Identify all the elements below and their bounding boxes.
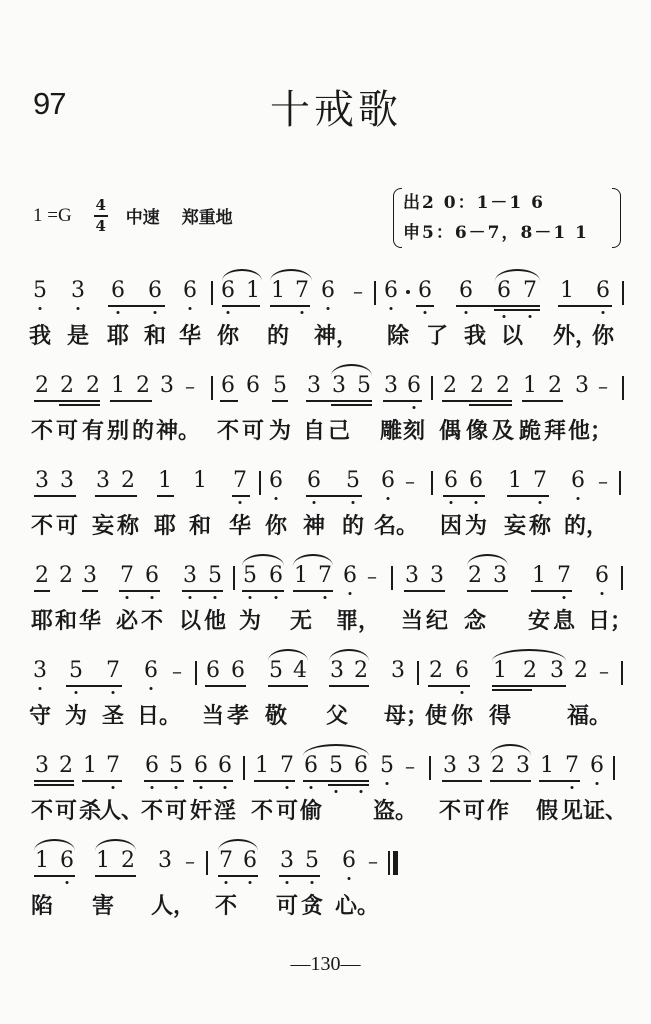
note: 2 xyxy=(523,658,537,684)
duration-underline xyxy=(34,784,74,786)
bar-line xyxy=(613,756,615,780)
note: 6 xyxy=(595,563,609,589)
low-octave-dot xyxy=(249,596,252,599)
lyric-syllable: 当 xyxy=(401,604,423,635)
note: 3 xyxy=(35,468,49,494)
duration-underline xyxy=(404,590,445,592)
duration-underline xyxy=(34,495,76,497)
duration-underline xyxy=(270,305,310,307)
note: 7 xyxy=(219,848,233,874)
duration-underline xyxy=(108,305,165,307)
low-octave-dot xyxy=(224,786,227,789)
note: 3 xyxy=(430,563,444,589)
sustain-dash: – xyxy=(352,278,364,304)
lyric-syllable: 因 xyxy=(440,509,462,540)
lyric-syllable: 和 xyxy=(144,319,166,350)
lyric-syllable: 名。 xyxy=(374,509,418,540)
note: 2 xyxy=(136,373,150,399)
low-octave-dot xyxy=(275,596,278,599)
lyric-syllable: 假 xyxy=(536,794,558,825)
lyric-syllable: 己 xyxy=(328,414,350,445)
lyric-syllable: 证、 xyxy=(583,794,627,825)
low-octave-dot xyxy=(461,691,464,694)
note: 2 xyxy=(121,848,135,874)
low-octave-dot xyxy=(450,501,453,504)
lyric-syllable: 为 xyxy=(269,414,291,445)
note: 6 xyxy=(218,753,232,779)
lyric-syllable: 的 xyxy=(342,509,364,540)
note: 3 xyxy=(35,753,49,779)
lyric-syllable: 息 xyxy=(553,604,575,635)
duration-underline xyxy=(428,685,470,687)
note: 5 xyxy=(269,658,283,684)
lyric-syllable: 见 xyxy=(561,794,583,825)
lyric-syllable: 别 xyxy=(107,414,129,445)
final-barline xyxy=(388,851,398,875)
lyric-syllable: 无 xyxy=(290,604,312,635)
note: 1 xyxy=(532,563,546,589)
lyric-syllable: 雕 xyxy=(380,414,402,445)
note: 6 xyxy=(145,753,159,779)
note: 6 xyxy=(469,468,483,494)
note: 6 xyxy=(497,278,511,304)
note: 6 xyxy=(307,468,321,494)
duration-underline xyxy=(442,780,482,782)
lyric-syllable: 敬 xyxy=(265,699,287,730)
lyric-syllable: 是 xyxy=(67,319,89,350)
note: 2 xyxy=(443,373,457,399)
lyric-syllable: 孝 xyxy=(227,699,249,730)
low-octave-dot xyxy=(335,790,338,793)
low-octave-dot xyxy=(310,786,313,789)
note: 2 xyxy=(59,563,73,589)
lyric-syllable: 华 xyxy=(79,604,101,635)
note: 1 xyxy=(111,373,125,399)
duration-underline xyxy=(95,495,137,497)
note: 6 xyxy=(444,468,458,494)
low-octave-dot xyxy=(327,307,330,310)
lyric-syllable: 有 xyxy=(82,414,104,445)
duration-underline xyxy=(507,495,549,497)
low-octave-dot xyxy=(286,881,289,884)
low-octave-dot xyxy=(386,782,389,785)
reference-deuteronomy: 申5：6－7，8－1 1 xyxy=(403,218,589,243)
bar-line xyxy=(619,471,621,495)
staff-line-5: 3576–6654323261232–守为圣日。当孝敬父母；使你得福。 xyxy=(0,658,651,748)
duration-underline xyxy=(34,400,100,402)
bar-line xyxy=(622,281,624,305)
duration-underline xyxy=(306,495,362,497)
duration-underline xyxy=(383,400,422,402)
lyric-syllable: 自 xyxy=(303,414,325,445)
bar-line xyxy=(374,281,376,305)
note: 2 xyxy=(354,658,368,684)
slur-tie xyxy=(222,269,262,281)
duration-underline xyxy=(293,590,333,592)
note: 5 xyxy=(33,278,47,304)
low-octave-dot xyxy=(475,501,478,504)
duration-underline xyxy=(492,685,566,687)
lyric-syllable: 奸 xyxy=(190,794,212,825)
lyric-syllable: 你 xyxy=(592,319,614,350)
note: 1 xyxy=(255,753,269,779)
bar-line xyxy=(259,471,261,495)
note: 5 xyxy=(380,753,394,779)
note: 1 xyxy=(96,848,110,874)
note: 7 xyxy=(557,563,571,589)
note: 7 xyxy=(295,278,309,304)
lyric-syllable: 华 xyxy=(229,509,251,540)
duration-underline xyxy=(303,780,369,782)
time-signature-top: 4 xyxy=(95,198,105,213)
staff-line-7: 16123–76356–陷害人，不可贪心。 xyxy=(0,848,651,938)
note: 2 xyxy=(35,563,49,589)
bar-line xyxy=(211,281,213,305)
lyric-syllable: 父 xyxy=(326,699,348,730)
note: 1 xyxy=(246,278,260,304)
lyric-syllable: 的， xyxy=(564,509,608,540)
sustain-dash: – xyxy=(367,848,379,874)
duration-underline xyxy=(539,780,580,782)
note: 6 xyxy=(269,563,283,589)
lyric-syllable: 守 xyxy=(29,699,51,730)
lyric-syllable: 及 xyxy=(492,414,514,445)
lyric-syllable: 刻 xyxy=(403,414,425,445)
low-octave-dot xyxy=(424,311,427,314)
note: 2 xyxy=(468,563,482,589)
note: 7 xyxy=(533,468,547,494)
note: 3 xyxy=(160,373,174,399)
low-octave-dot xyxy=(227,311,230,314)
staff-line-6: 32176566176565–3323176不可杀人、不可奸淫不可偷盗。不可作假… xyxy=(0,753,651,843)
duration-underline xyxy=(416,305,434,307)
duration-underline xyxy=(34,590,50,592)
duration-underline xyxy=(34,875,75,877)
slur-tie xyxy=(495,269,540,281)
low-octave-dot xyxy=(151,786,154,789)
note: 3 xyxy=(71,278,85,304)
note: 3 xyxy=(83,563,97,589)
lyric-syllable: 福。 xyxy=(567,699,611,730)
duration-underline xyxy=(490,780,531,782)
duration-underline xyxy=(220,400,238,402)
low-octave-dot xyxy=(77,307,80,310)
duration-underline xyxy=(279,875,320,877)
lyric-syllable: 耶 xyxy=(107,319,129,350)
low-octave-dot xyxy=(313,501,316,504)
note: 7 xyxy=(523,278,537,304)
duration-underline xyxy=(522,400,563,402)
note: 6 xyxy=(148,278,162,304)
duration-underline xyxy=(218,875,258,877)
lyric-syllable: 作 xyxy=(487,794,509,825)
low-octave-dot xyxy=(286,786,289,789)
duration-underline xyxy=(443,495,485,497)
note: 6 xyxy=(455,658,469,684)
note: 6 xyxy=(343,563,357,589)
lyric-syllable: 不 xyxy=(251,794,273,825)
bar-line xyxy=(211,376,213,400)
low-octave-dot xyxy=(324,596,327,599)
augmentation-dot xyxy=(406,290,410,294)
note: 7 xyxy=(120,563,134,589)
lyric-syllable: 不 xyxy=(31,509,53,540)
lyric-syllable: 不 xyxy=(439,794,461,825)
bar-line xyxy=(431,471,433,495)
low-octave-dot xyxy=(275,497,278,500)
staff-line-3: 33321176656–66176–不可妄称耶和华你神的名。因为妄称的， xyxy=(0,468,651,558)
duration-underline xyxy=(205,685,246,687)
lyric-syllable: 可 xyxy=(56,414,78,445)
sustain-dash: – xyxy=(597,468,609,494)
duration-underline xyxy=(66,685,122,687)
sustain-dash: – xyxy=(171,658,183,684)
note: 7 xyxy=(106,658,120,684)
note: 3 xyxy=(183,563,197,589)
low-octave-dot xyxy=(348,877,351,880)
note: 3 xyxy=(405,563,419,589)
low-octave-dot xyxy=(66,881,69,884)
lyric-syllable: 神 xyxy=(303,509,325,540)
lyric-syllable: 可 xyxy=(276,889,298,920)
note: 2 xyxy=(35,373,49,399)
note: 6 xyxy=(60,848,74,874)
note: 3 xyxy=(158,848,172,874)
duration-underline xyxy=(144,780,184,782)
duration-underline xyxy=(95,875,136,877)
note: 6 xyxy=(183,278,197,304)
low-octave-dot xyxy=(214,596,217,599)
thick-bar xyxy=(393,851,398,875)
low-octave-dot xyxy=(200,786,203,789)
duration-underline xyxy=(193,780,233,782)
lyric-syllable: 安 xyxy=(528,604,550,635)
note: 5 xyxy=(357,373,371,399)
note: 6 xyxy=(571,468,585,494)
low-octave-dot xyxy=(539,501,542,504)
note: 3 xyxy=(391,658,405,684)
note: 1 xyxy=(493,658,507,684)
lyric-syllable: 得 xyxy=(489,699,511,730)
note: 3 xyxy=(60,468,74,494)
duration-underline xyxy=(306,400,372,402)
duration-underline xyxy=(254,780,295,782)
duration-underline xyxy=(272,400,288,402)
lyric-syllable: 可 xyxy=(276,794,298,825)
bar-line xyxy=(417,661,419,685)
low-octave-dot xyxy=(126,596,129,599)
low-octave-dot xyxy=(465,311,468,314)
low-octave-dot xyxy=(602,311,605,314)
note: 2 xyxy=(491,753,505,779)
duration-underline xyxy=(328,784,369,786)
lyric-syllable: 除 xyxy=(387,319,409,350)
lyric-syllable: 念 xyxy=(464,604,486,635)
lyric-syllable: 圣 xyxy=(102,699,124,730)
lyric-syllable: 耶 xyxy=(154,509,176,540)
duration-underline xyxy=(34,780,74,782)
note: 1 xyxy=(294,563,308,589)
lyric-syllable: 人， xyxy=(151,889,195,920)
note: 5 xyxy=(69,658,83,684)
low-octave-dot xyxy=(239,501,242,504)
lyric-syllable: 神。 xyxy=(156,414,200,445)
bar-line xyxy=(622,376,624,400)
note: 5 xyxy=(346,468,360,494)
lyric-syllable: 妄 xyxy=(92,509,114,540)
note: 5 xyxy=(169,753,183,779)
bar-line xyxy=(391,566,393,590)
tempo-marking: 中速 xyxy=(126,203,160,228)
note: 7 xyxy=(233,468,247,494)
lyric-syllable: 不 xyxy=(31,414,53,445)
sustain-dash: – xyxy=(366,563,378,589)
duration-underline xyxy=(82,590,98,592)
lyric-syllable: 陷 xyxy=(31,889,53,920)
note: 1 xyxy=(158,468,172,494)
lyric-syllable: 和 xyxy=(189,509,211,540)
duration-underline xyxy=(469,404,512,406)
note: 5 xyxy=(208,563,222,589)
note: 6 xyxy=(590,753,604,779)
key-signature: 1 =G xyxy=(33,205,72,227)
note: 2 xyxy=(59,753,73,779)
note: 2 xyxy=(60,373,74,399)
note: 2 xyxy=(429,658,443,684)
note: 1 xyxy=(35,848,49,874)
lyric-syllable: 不 xyxy=(31,794,53,825)
note: 6 xyxy=(246,373,260,399)
time-signature: 4 4 xyxy=(94,198,108,234)
duration-underline xyxy=(558,305,612,307)
reference-exodus: 出2 0：1－1 6 xyxy=(403,188,545,213)
low-octave-dot xyxy=(112,691,115,694)
sustain-dash: – xyxy=(404,753,416,779)
lyric-syllable: 他 xyxy=(204,604,226,635)
lyric-syllable: 了 xyxy=(426,319,448,350)
lyric-syllable: 母； xyxy=(384,699,428,730)
lyric-syllable: 妄 xyxy=(504,509,526,540)
lyric-syllable: 偶 xyxy=(439,414,461,445)
note: 6 xyxy=(418,278,432,304)
bar-line xyxy=(195,661,197,685)
low-octave-dot xyxy=(503,315,506,318)
note: 2 xyxy=(121,468,135,494)
scripture-reference: 出2 0：1－1 6 申5：6－7，8－1 1 xyxy=(393,186,621,248)
sustain-dash: – xyxy=(184,373,196,399)
thin-bar xyxy=(388,851,390,875)
lyric-syllable: 像 xyxy=(466,414,488,445)
lyric-syllable: 外， xyxy=(553,319,597,350)
low-octave-dot xyxy=(311,881,314,884)
note: 7 xyxy=(106,753,120,779)
duration-underline xyxy=(157,495,174,497)
lyric-syllable: 不 xyxy=(217,414,239,445)
lyric-syllable: 你 xyxy=(451,699,473,730)
duration-underline xyxy=(492,689,532,691)
lyric-syllable: 日； xyxy=(588,604,632,635)
lyric-syllable: 拜 xyxy=(544,414,566,445)
note: 1 xyxy=(193,468,207,494)
lyric-syllable: 耶 xyxy=(31,604,53,635)
note: 6 xyxy=(459,278,473,304)
song-number: 97 xyxy=(33,86,65,122)
note: 6 xyxy=(243,848,257,874)
lyric-syllable: 为 xyxy=(65,699,87,730)
duration-underline xyxy=(329,685,369,687)
lyric-syllable: 不 xyxy=(141,794,163,825)
duration-underline xyxy=(232,495,250,497)
low-octave-dot xyxy=(175,786,178,789)
note: 6 xyxy=(342,848,356,874)
duration-underline xyxy=(119,590,160,592)
duration-underline xyxy=(268,685,308,687)
note: 6 xyxy=(596,278,610,304)
page-number: —130— xyxy=(0,953,651,976)
lyric-syllable: 的 xyxy=(267,319,289,350)
low-octave-dot xyxy=(349,592,352,595)
note: 6 xyxy=(194,753,208,779)
note: 1 xyxy=(560,278,574,304)
note: 2 xyxy=(86,373,100,399)
note: 5 xyxy=(243,563,257,589)
low-octave-dot xyxy=(360,790,363,793)
note: 6 xyxy=(206,658,220,684)
lyric-syllable: 可 xyxy=(56,509,78,540)
lyric-syllable: 我 xyxy=(29,319,51,350)
low-octave-dot xyxy=(596,782,599,785)
staff-line-2: 222123–66533536222123–不可有别的神。不可为自己雕刻偶像及跪… xyxy=(0,373,651,463)
low-octave-dot xyxy=(151,596,154,599)
lyric-syllable: 跪 xyxy=(519,414,541,445)
note: 6 xyxy=(221,278,235,304)
note: 6 xyxy=(354,753,368,779)
low-octave-dot xyxy=(577,497,580,500)
lyric-syllable: 称 xyxy=(529,509,551,540)
lyric-syllable: 华 xyxy=(179,319,201,350)
note: 1 xyxy=(540,753,554,779)
low-octave-dot xyxy=(601,592,604,595)
right-bracket xyxy=(612,188,621,248)
lyric-syllable: 和 xyxy=(55,604,77,635)
lyric-syllable: 盗。 xyxy=(373,794,417,825)
key-signature-line: 1 =G 4 4 中速 郑重地 xyxy=(33,198,233,234)
lyric-syllable: 必 xyxy=(116,604,138,635)
duration-underline xyxy=(82,780,122,782)
lyric-syllable: 罪， xyxy=(336,604,380,635)
lyric-syllable: 可 xyxy=(165,794,187,825)
staff-line-1: 5366661176–6666716我是耶和华你的神，除了我以外，你 xyxy=(0,278,651,368)
note: 6 xyxy=(304,753,318,779)
note: 6 xyxy=(407,373,421,399)
note: 1 xyxy=(523,373,537,399)
lyric-syllable: 不 xyxy=(215,889,237,920)
duration-underline xyxy=(242,590,284,592)
note: 3 xyxy=(96,468,110,494)
note: 3 xyxy=(307,373,321,399)
lyric-syllable: 人、 xyxy=(99,794,143,825)
lyric-syllable: 我 xyxy=(464,319,486,350)
sustain-dash: – xyxy=(598,658,610,684)
note: 3 xyxy=(443,753,457,779)
note: 3 xyxy=(550,658,564,684)
note: 1 xyxy=(83,753,97,779)
note: 6 xyxy=(381,468,395,494)
bar-line xyxy=(243,756,245,780)
lyric-syllable: 贪 xyxy=(301,889,323,920)
duration-underline xyxy=(494,309,540,311)
note: 6 xyxy=(111,278,125,304)
